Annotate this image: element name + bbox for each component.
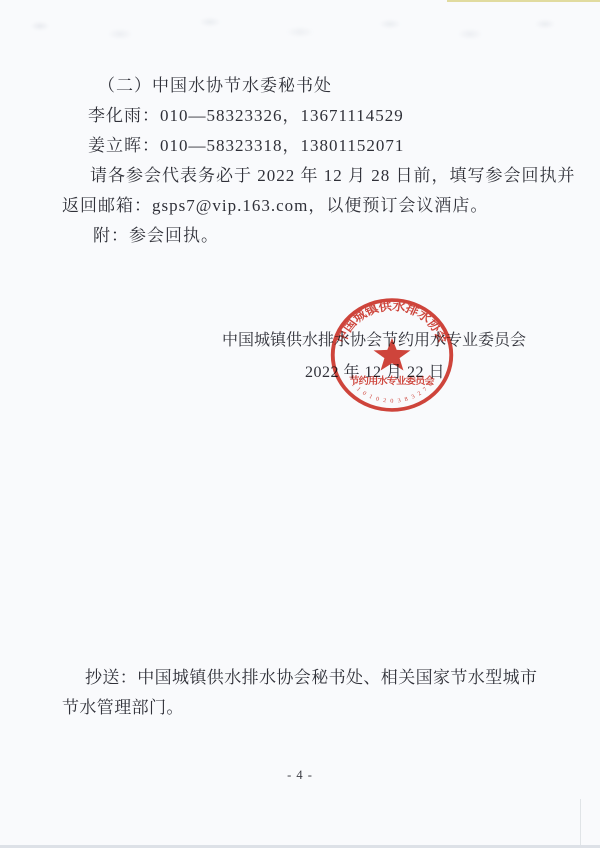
cc-block: 抄送：中国城镇供水排水协会秘书处、相关国家节水型城市 节水管理部门。 [62,663,540,723]
bleed-through-texture [0,4,600,48]
page-number: - 4 - [0,768,600,783]
body-line-email: 返回邮箱：gsps7@vip.163.com，以便预订会议酒店。 [62,191,540,221]
signature-block: 中国城镇供水排水协会节约用水专业委员会 2022 年 12 月 22 日 [222,331,528,383]
cc-line-1: 抄送：中国城镇供水排水协会秘书处、相关国家节水型城市 [62,663,540,693]
scan-artifact-top-line [447,0,600,2]
document-page: （二）中国水协节水委秘书处 李化雨：010—58323326，136711145… [0,0,600,848]
body-line-contact-1: 李化雨：010—58323326，13671114529 [62,101,540,131]
scan-artifact-right-line [580,799,581,845]
body-line-deadline: 请各参会代表务必于 2022 年 12 月 28 日前，填写参会回执并 [62,161,540,191]
cc-line-2: 节水管理部门。 [62,693,540,723]
body-line-attachment: 附：参会回执。 [62,221,540,251]
body-text: （二）中国水协节水委秘书处 李化雨：010—58323326，136711145… [62,71,540,251]
signature-org-name: 中国城镇供水排水协会节约用水专业委员会 [222,331,528,351]
body-line-section-heading: （二）中国水协节水委秘书处 [62,71,540,101]
svg-text:1101020383278: 1101020383278 [350,382,434,405]
body-line-contact-2: 姜立晖：010—58323318，13801152071 [62,131,540,161]
signature-date: 2022 年 12 月 22 日 [222,363,528,383]
seal-serial-number: 1101020383278 [350,382,434,405]
